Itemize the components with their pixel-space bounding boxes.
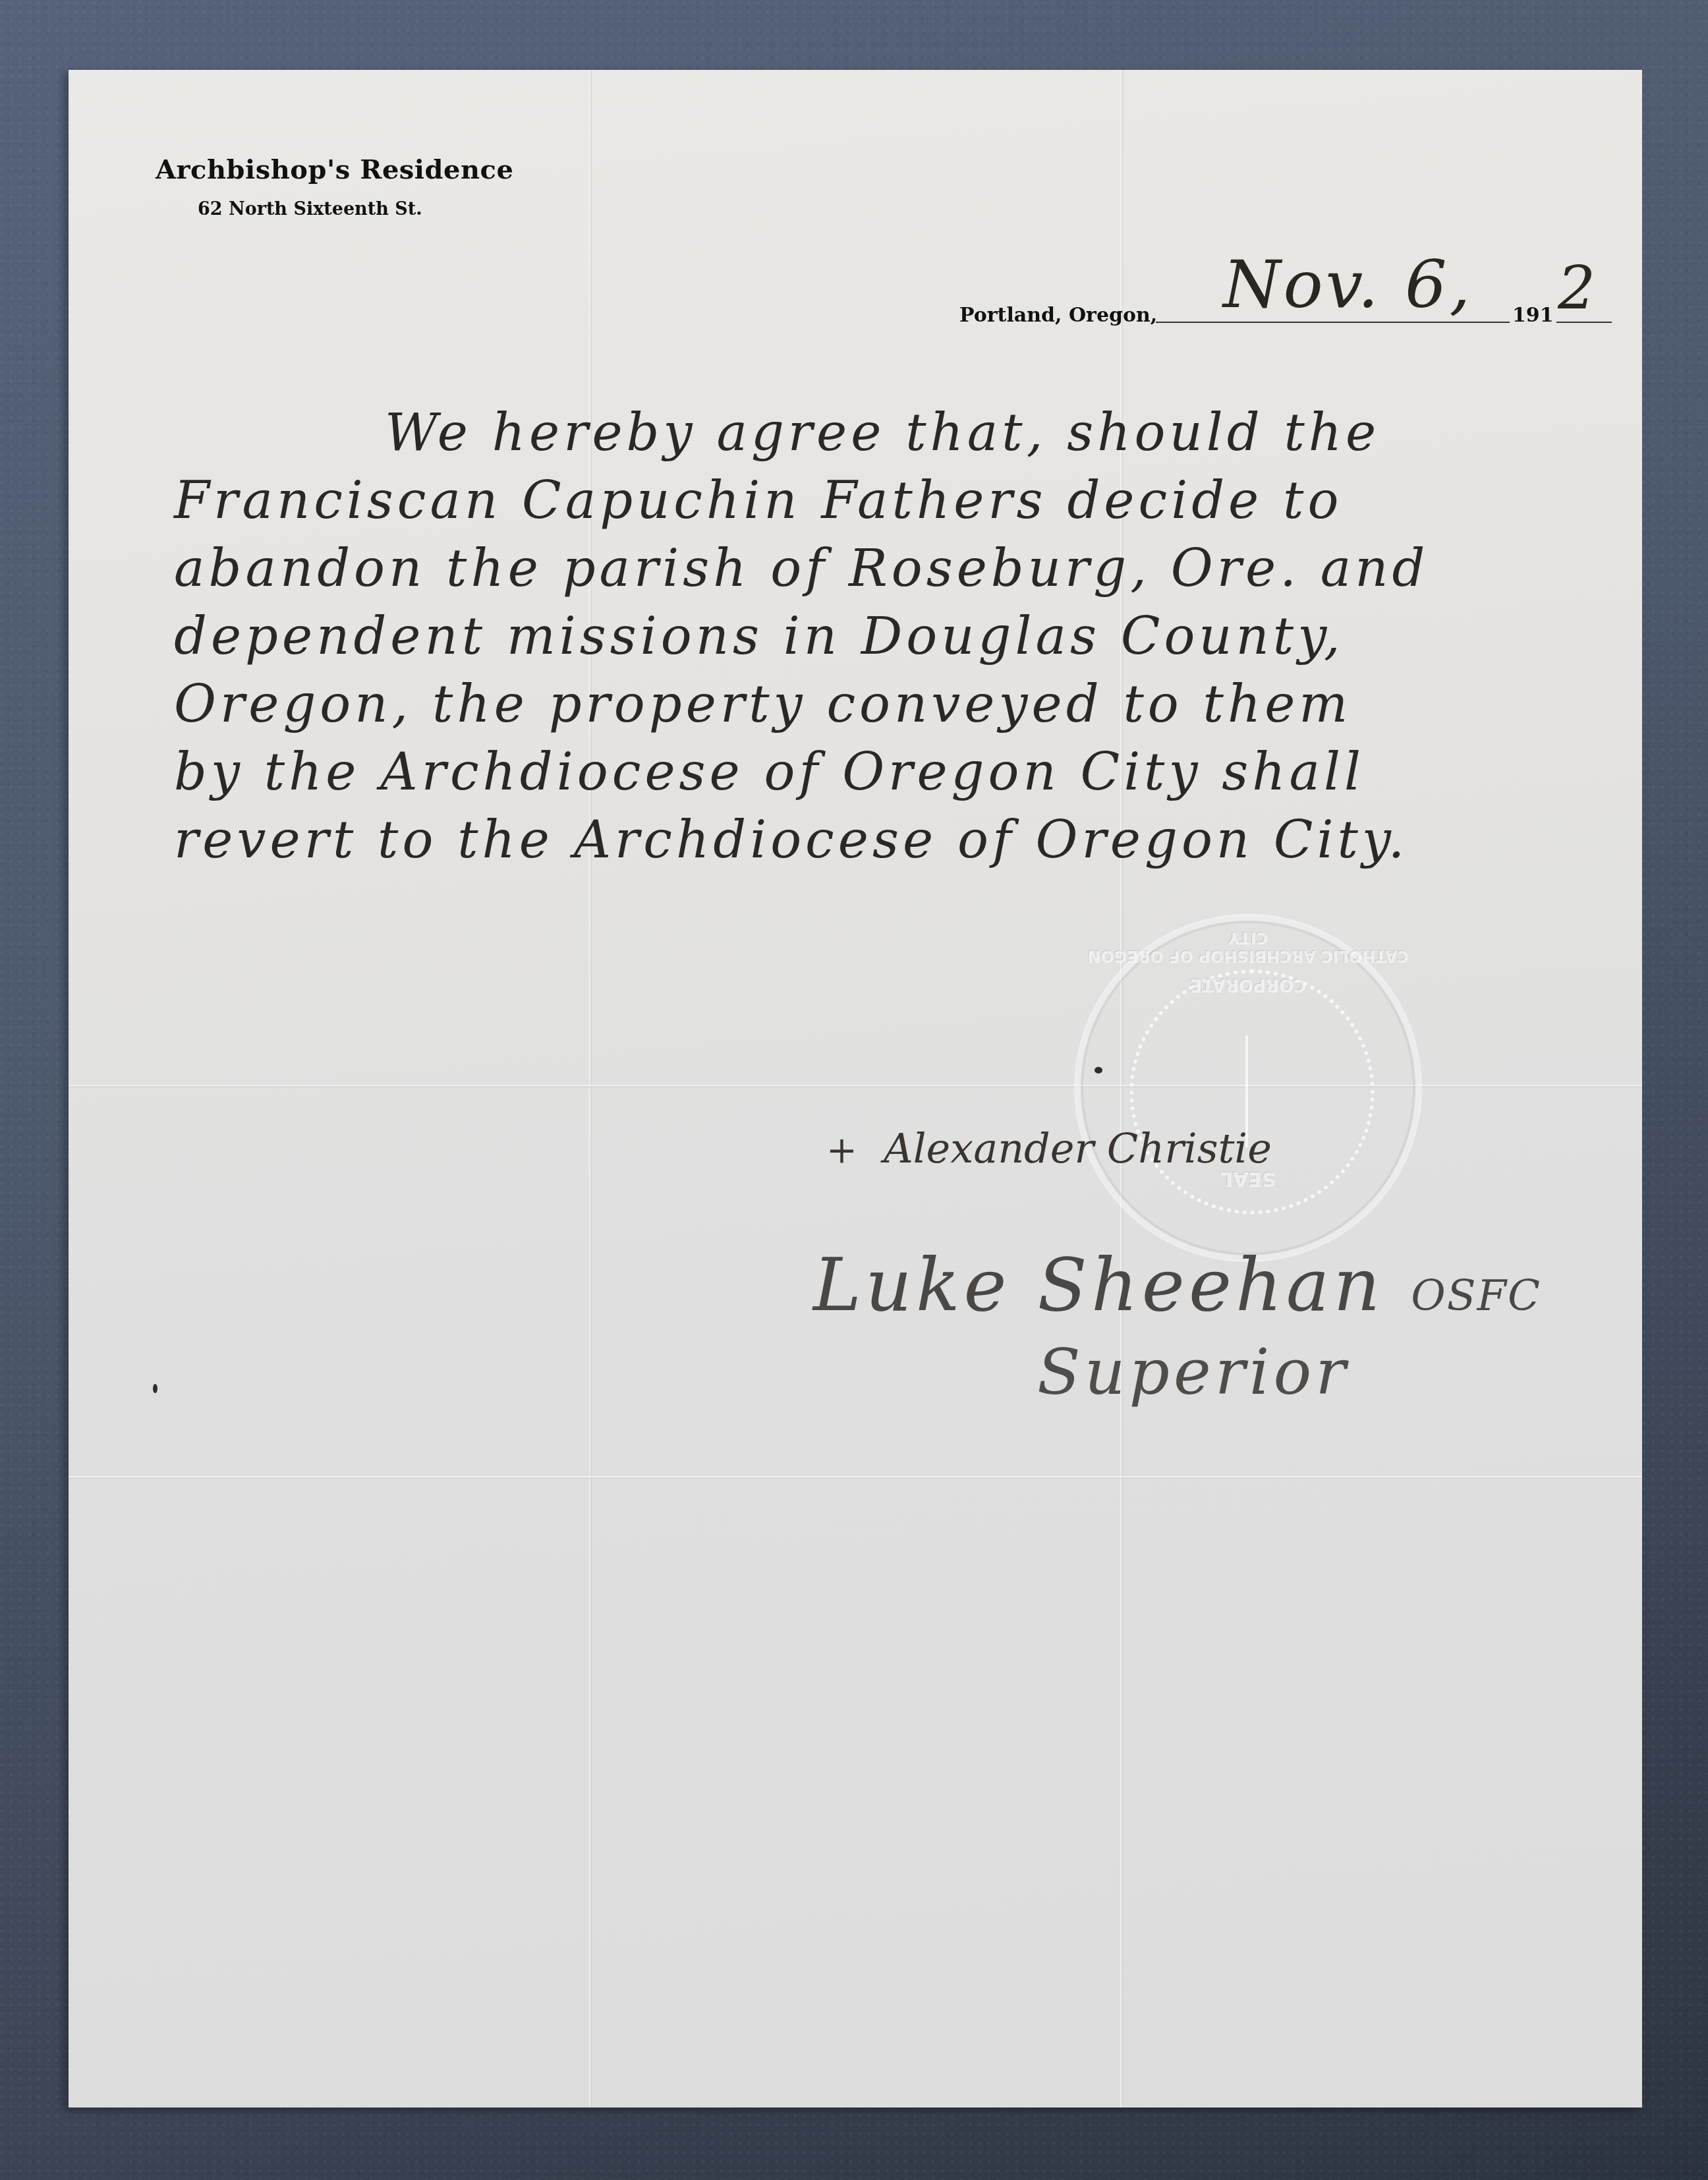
letter-body: We hereby agree that, should the Francis… — [174, 399, 1642, 875]
superior-signature-suffix: OSFC — [1411, 1272, 1541, 1321]
body-line: We hereby agree that, should the — [174, 399, 1642, 467]
letterhead-address: 62 North Sixteenth St. — [198, 199, 422, 219]
seal-outer-text: CATHOLIC ARCHBISHOP OF OREGON CITY — [1077, 929, 1419, 965]
fold-line-vertical — [589, 70, 592, 2108]
body-line: dependent missions in Douglas County, — [174, 603, 1642, 671]
seal-bottom-text: CORPORATE — [1077, 975, 1419, 994]
superior-signature: Luke Sheehan OSFC — [813, 1243, 1541, 1327]
embossed-seal: SEAL CORPORATE CATHOLIC ARCHBISHOP OF OR… — [1077, 917, 1419, 1259]
superior-signature-name: Luke Sheehan — [813, 1243, 1384, 1327]
body-line: abandon the parish of Roseburg, Ore. and — [174, 535, 1642, 603]
fold-line-horizontal — [69, 1476, 1642, 1479]
letterhead-title: Archbishop's Residence — [156, 154, 513, 185]
archbishop-signature-name: Alexander Christie — [884, 1124, 1272, 1172]
body-line: revert to the Archdiocese of Oregon City… — [174, 807, 1642, 875]
printed-year-prefix: 191 — [1510, 304, 1556, 327]
dateline: Portland, Oregon, Nov. 6, 191 2 — [959, 261, 1642, 347]
body-line: Oregon, the property conveyed to them — [174, 671, 1642, 739]
ink-spot — [153, 1384, 157, 1393]
body-line: Franciscan Capuchin Fathers decide to — [174, 467, 1642, 535]
body-line: by the Archdiocese of Oregon City shall — [174, 739, 1642, 807]
superior-title: Superior — [1037, 1335, 1350, 1409]
handwritten-date: Nov. 6, — [1223, 246, 1473, 323]
ink-spot — [1095, 1067, 1102, 1074]
handwritten-year-digit: 2 — [1558, 254, 1595, 323]
dateline-place: Portland, Oregon, — [959, 304, 1157, 327]
episcopal-cross-icon: + — [826, 1129, 857, 1172]
letter-sheet: Archbishop's Residence 62 North Sixteent… — [69, 70, 1642, 2108]
archbishop-signature: +Alexander Christie — [826, 1124, 1272, 1172]
